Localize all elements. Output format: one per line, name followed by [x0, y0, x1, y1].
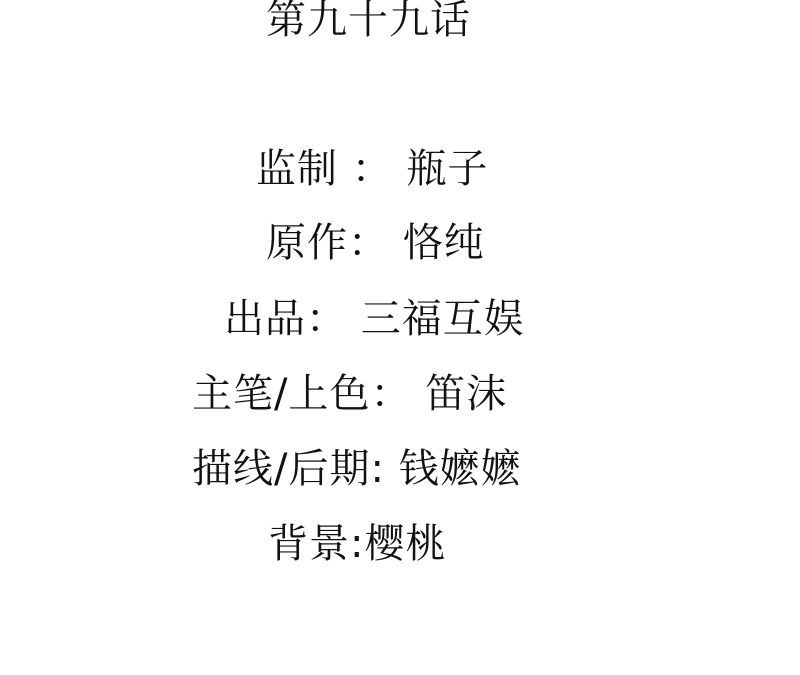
credit-separator: ：	[370, 371, 425, 417]
credit-role: 监制	[256, 146, 338, 192]
credit-name: 恪纯	[403, 220, 485, 266]
credit-line-supervisor: 监制 ： 瓶子	[256, 145, 488, 193]
credit-name: 钱嬷嬷	[399, 446, 522, 492]
credit-separator: ：	[348, 220, 403, 266]
credit-name: 瓶子	[406, 146, 488, 192]
credit-role: 背景	[268, 521, 350, 567]
credit-line-original-author: 原作： 恪纯	[266, 219, 485, 267]
credit-line-lineart-postproduction: 描线/后期: 钱嬷嬷	[192, 445, 522, 493]
credit-separator: :	[370, 446, 398, 492]
credit-separator: :	[350, 521, 364, 567]
credit-role: 出品	[224, 296, 306, 342]
credit-role: 主笔/上色	[192, 371, 370, 417]
credit-role: 描线/后期	[192, 446, 370, 492]
credit-line-lead-artist-colorist: 主笔/上色： 笛沫	[192, 370, 507, 418]
credit-name: 樱桃	[364, 521, 446, 567]
credit-line-producer: 出品： 三福互娱	[224, 295, 525, 343]
credit-separator: ：	[338, 146, 406, 192]
credit-line-background: 背景:樱桃	[268, 520, 446, 568]
credit-name: 三福互娱	[361, 296, 525, 342]
credit-role: 原作	[266, 220, 348, 266]
chapter-title: 第九十九话	[266, 0, 471, 44]
credit-separator: ：	[306, 296, 361, 342]
credit-name: 笛沫	[425, 371, 507, 417]
